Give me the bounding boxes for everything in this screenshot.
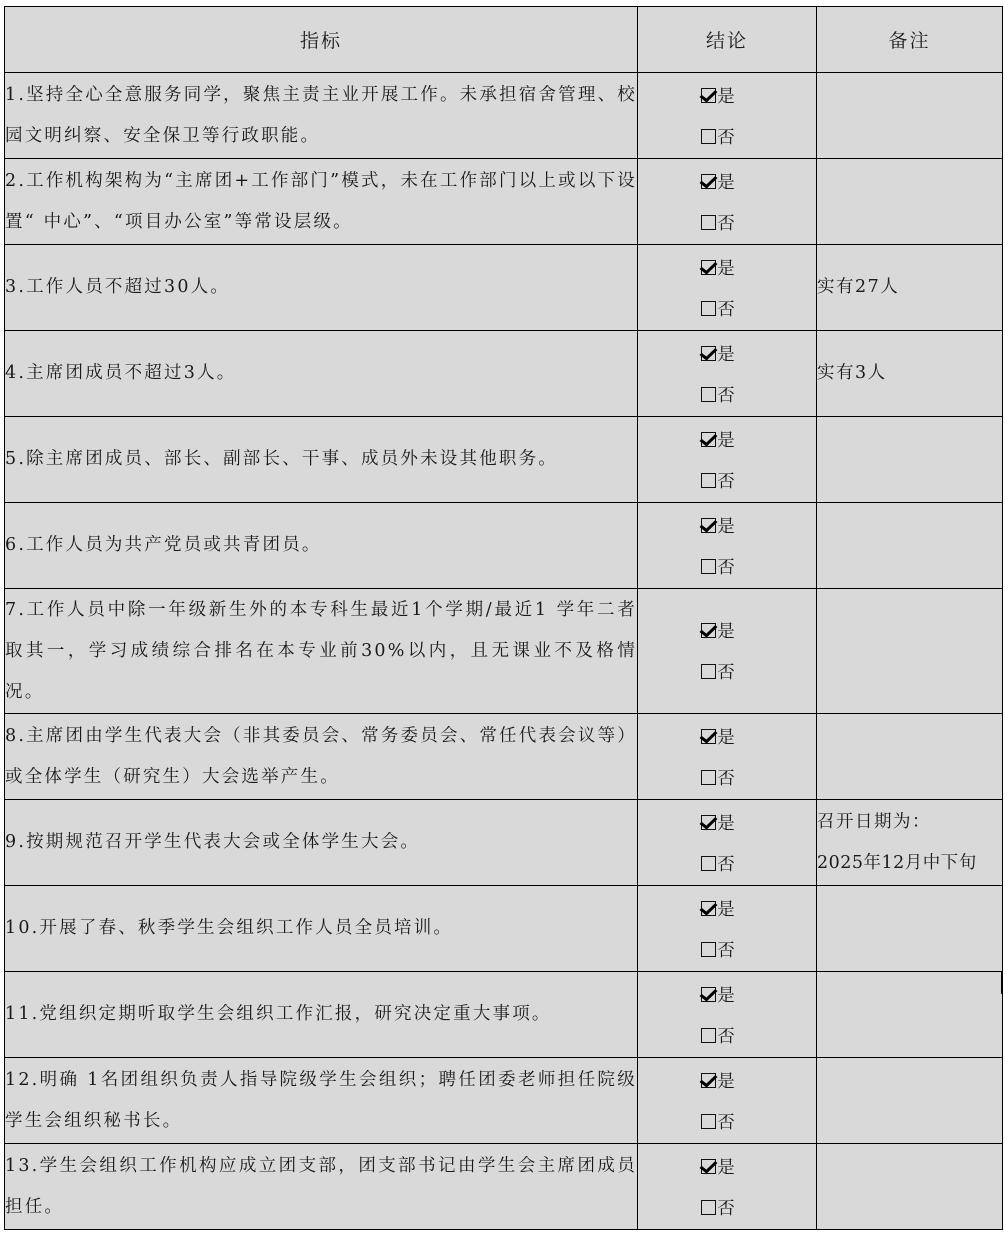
note-cell[interactable]: 实有3人 bbox=[817, 331, 1003, 417]
table-row: 2.工作机构架构为“主席团+工作部门”模式，未在工作部门以上或以下设置“ 中心”… bbox=[5, 159, 1003, 245]
checkbox-no-icon[interactable] bbox=[701, 664, 716, 679]
option-yes[interactable]: 是 bbox=[638, 505, 816, 546]
option-no-label: 否 bbox=[717, 554, 735, 579]
checkbox-no-icon[interactable] bbox=[701, 387, 716, 402]
indicator-cell: 3.工作人员不超过30人。 bbox=[5, 245, 638, 331]
checkbox-no-icon[interactable] bbox=[701, 129, 716, 144]
conclusion-cell: 是 否 bbox=[638, 417, 817, 503]
checkbox-yes-icon[interactable] bbox=[701, 174, 716, 189]
option-no[interactable]: 否 bbox=[638, 929, 816, 970]
option-no-label: 否 bbox=[717, 937, 735, 962]
indicator-cell: 7.工作人员中除一年级新生外的本专科生最近1个学期/最近1 学年二者取其一，学习… bbox=[5, 589, 638, 714]
table-row: 5.除主席团成员、部长、副部长、干事、成员外未设其他职务。 是 否 bbox=[5, 417, 1003, 503]
option-no-label: 否 bbox=[717, 851, 735, 876]
conclusion-cell: 是 否 bbox=[638, 159, 817, 245]
option-no[interactable]: 否 bbox=[638, 546, 816, 587]
note-cell[interactable] bbox=[817, 886, 1003, 972]
indicator-cell: 11.党组织定期听取学生会组织工作汇报，研究决定重大事项。 bbox=[5, 972, 638, 1058]
option-yes[interactable]: 是 bbox=[638, 419, 816, 460]
conclusion-cell: 是 否 bbox=[638, 331, 817, 417]
option-yes[interactable]: 是 bbox=[638, 333, 816, 374]
indicator-cell: 13.学生会组织工作机构应成立团支部，团支部书记由学生会主席团成员担任。 bbox=[5, 1144, 638, 1230]
option-no-label: 否 bbox=[717, 124, 735, 149]
option-yes[interactable]: 是 bbox=[638, 1060, 816, 1101]
option-no[interactable]: 否 bbox=[638, 1187, 816, 1228]
option-yes[interactable]: 是 bbox=[638, 974, 816, 1015]
option-yes[interactable]: 是 bbox=[638, 161, 816, 202]
checkbox-yes-icon[interactable] bbox=[701, 815, 716, 830]
option-yes-label: 是 bbox=[717, 513, 735, 538]
option-yes-label: 是 bbox=[717, 427, 735, 452]
option-no[interactable]: 否 bbox=[638, 288, 816, 329]
checkbox-no-icon[interactable] bbox=[701, 942, 716, 957]
note-cell[interactable] bbox=[817, 503, 1003, 589]
checkbox-yes-icon[interactable] bbox=[701, 1159, 716, 1174]
checkbox-no-icon[interactable] bbox=[701, 559, 716, 574]
checkbox-yes-icon[interactable] bbox=[701, 260, 716, 275]
note-text: 实有27人 bbox=[817, 277, 899, 297]
option-no[interactable]: 否 bbox=[638, 651, 816, 692]
checkbox-no-icon[interactable] bbox=[701, 301, 716, 316]
header-indicator: 指标 bbox=[5, 7, 638, 73]
table-row: 10.开展了春、秋季学生会组织工作人员全员培训。 是 否 bbox=[5, 886, 1003, 972]
conclusion-cell: 是 否 bbox=[638, 714, 817, 800]
indicator-cell: 6.工作人员为共产党员或共青团员。 bbox=[5, 503, 638, 589]
conclusion-cell: 是 否 bbox=[638, 589, 817, 714]
header-note: 备注 bbox=[817, 7, 1003, 73]
checkbox-yes-icon[interactable] bbox=[701, 518, 716, 533]
table-row: 3.工作人员不超过30人。 是 否 实有27人 bbox=[5, 245, 1003, 331]
note-cell[interactable] bbox=[817, 589, 1003, 714]
checkbox-yes-icon[interactable] bbox=[701, 729, 716, 744]
option-yes-label: 是 bbox=[717, 724, 735, 749]
table-row: 13.学生会组织工作机构应成立团支部，团支部书记由学生会主席团成员担任。 是 否 bbox=[5, 1144, 1003, 1230]
option-no-label: 否 bbox=[717, 1109, 735, 1134]
option-no[interactable]: 否 bbox=[638, 116, 816, 157]
conclusion-cell: 是 否 bbox=[638, 1058, 817, 1144]
indicator-cell: 12.明确 1名团组织负责人指导院级学生会组织；聘任团委老师担任院级学生会组织秘… bbox=[5, 1058, 638, 1144]
option-yes[interactable]: 是 bbox=[638, 716, 816, 757]
conclusion-cell: 是 否 bbox=[638, 245, 817, 331]
checkbox-yes-icon[interactable] bbox=[701, 88, 716, 103]
note-cell[interactable] bbox=[817, 972, 1003, 1058]
option-no[interactable]: 否 bbox=[638, 374, 816, 415]
checkbox-no-icon[interactable] bbox=[701, 473, 716, 488]
conclusion-cell: 是 否 bbox=[638, 73, 817, 159]
compliance-checklist-table: 指标 结论 备注 1.坚持全心全意服务同学，聚焦主责主业开展工作。未承担宿舍管理… bbox=[4, 6, 1003, 1230]
indicator-cell: 2.工作机构架构为“主席团+工作部门”模式，未在工作部门以上或以下设置“ 中心”… bbox=[5, 159, 638, 245]
indicator-cell: 1.坚持全心全意服务同学，聚焦主责主业开展工作。未承担宿舍管理、校园文明纠察、安… bbox=[5, 73, 638, 159]
indicator-cell: 9.按期规范召开学生代表大会或全体学生大会。 bbox=[5, 800, 638, 886]
checkbox-no-icon[interactable] bbox=[701, 770, 716, 785]
conclusion-cell: 是 否 bbox=[638, 503, 817, 589]
option-no-label: 否 bbox=[717, 210, 735, 235]
note-cell[interactable] bbox=[817, 714, 1003, 800]
table-row: 8.主席团由学生代表大会（非其委员会、常务委员会、常任代表会议等）或全体学生（研… bbox=[5, 714, 1003, 800]
table-row: 9.按期规范召开学生代表大会或全体学生大会。 是 否 召开日期为：2025年12… bbox=[5, 800, 1003, 886]
checkbox-yes-icon[interactable] bbox=[701, 432, 716, 447]
indicator-cell: 10.开展了春、秋季学生会组织工作人员全员培训。 bbox=[5, 886, 638, 972]
option-yes[interactable]: 是 bbox=[638, 610, 816, 651]
option-no[interactable]: 否 bbox=[638, 202, 816, 243]
checkbox-yes-icon[interactable] bbox=[701, 901, 716, 916]
note-cell[interactable] bbox=[817, 159, 1003, 245]
option-yes-label: 是 bbox=[717, 83, 735, 108]
option-yes-label: 是 bbox=[717, 896, 735, 921]
note-line: 召开日期为： bbox=[817, 802, 1002, 843]
option-no[interactable]: 否 bbox=[638, 1101, 816, 1142]
option-no[interactable]: 否 bbox=[638, 843, 816, 884]
option-yes[interactable]: 是 bbox=[638, 1146, 816, 1187]
checkbox-yes-icon[interactable] bbox=[701, 623, 716, 638]
option-no[interactable]: 否 bbox=[638, 757, 816, 798]
checkbox-no-icon[interactable] bbox=[701, 215, 716, 230]
checkbox-yes-icon[interactable] bbox=[701, 346, 716, 361]
header-conclusion: 结论 bbox=[638, 7, 817, 73]
table-row: 7.工作人员中除一年级新生外的本专科生最近1个学期/最近1 学年二者取其一，学习… bbox=[5, 589, 1003, 714]
header-row: 指标 结论 备注 bbox=[5, 7, 1003, 73]
checkbox-yes-icon[interactable] bbox=[701, 1073, 716, 1088]
option-yes-label: 是 bbox=[717, 1154, 735, 1179]
table-row: 11.党组织定期听取学生会组织工作汇报，研究决定重大事项。 是 否 bbox=[5, 972, 1003, 1058]
option-no-label: 否 bbox=[717, 382, 735, 407]
indicator-cell: 4.主席团成员不超过3人。 bbox=[5, 331, 638, 417]
option-yes[interactable]: 是 bbox=[638, 75, 816, 116]
checkbox-no-icon[interactable] bbox=[701, 1200, 716, 1215]
table-row: 4.主席团成员不超过3人。 是 否 实有3人 bbox=[5, 331, 1003, 417]
note-text: 实有3人 bbox=[817, 363, 887, 383]
option-yes[interactable]: 是 bbox=[638, 247, 816, 288]
option-yes-label: 是 bbox=[717, 341, 735, 366]
note-cell[interactable] bbox=[817, 73, 1003, 159]
checkbox-no-icon[interactable] bbox=[701, 856, 716, 871]
note-cell[interactable] bbox=[817, 1144, 1003, 1230]
conclusion-cell: 是 否 bbox=[638, 1144, 817, 1230]
option-yes-label: 是 bbox=[717, 982, 735, 1007]
option-yes-label: 是 bbox=[717, 618, 735, 643]
option-yes[interactable]: 是 bbox=[638, 888, 816, 929]
option-yes-label: 是 bbox=[717, 169, 735, 194]
option-no[interactable]: 否 bbox=[638, 1015, 816, 1056]
option-no[interactable]: 否 bbox=[638, 460, 816, 501]
option-no-label: 否 bbox=[717, 468, 735, 493]
checkbox-no-icon[interactable] bbox=[701, 1028, 716, 1043]
option-no-label: 否 bbox=[717, 659, 735, 684]
option-yes-label: 是 bbox=[717, 810, 735, 835]
option-no-label: 否 bbox=[717, 1023, 735, 1048]
option-no-label: 否 bbox=[717, 765, 735, 790]
checkbox-no-icon[interactable] bbox=[701, 1114, 716, 1129]
table-row: 6.工作人员为共产党员或共青团员。 是 否 bbox=[5, 503, 1003, 589]
indicator-cell: 8.主席团由学生代表大会（非其委员会、常务委员会、常任代表会议等）或全体学生（研… bbox=[5, 714, 638, 800]
note-cell[interactable]: 召开日期为：2025年12月中下旬 bbox=[817, 800, 1003, 886]
note-line: 2025年12月中下旬 bbox=[817, 843, 1002, 884]
option-yes-label: 是 bbox=[717, 1068, 735, 1093]
conclusion-cell: 是 否 bbox=[638, 800, 817, 886]
option-no-label: 否 bbox=[717, 1195, 735, 1220]
note-cell[interactable]: 实有27人 bbox=[817, 245, 1003, 331]
indicator-cell: 5.除主席团成员、部长、副部长、干事、成员外未设其他职务。 bbox=[5, 417, 638, 503]
conclusion-cell: 是 否 bbox=[638, 886, 817, 972]
option-no-label: 否 bbox=[717, 296, 735, 321]
table-row: 1.坚持全心全意服务同学，聚焦主责主业开展工作。未承担宿舍管理、校园文明纠察、安… bbox=[5, 73, 1003, 159]
option-yes-label: 是 bbox=[717, 255, 735, 280]
note-cell[interactable] bbox=[817, 417, 1003, 503]
option-yes[interactable]: 是 bbox=[638, 802, 816, 843]
text-cursor bbox=[1001, 972, 1003, 994]
note-cell[interactable] bbox=[817, 1058, 1003, 1144]
table-row: 12.明确 1名团组织负责人指导院级学生会组织；聘任团委老师担任院级学生会组织秘… bbox=[5, 1058, 1003, 1144]
conclusion-cell: 是 否 bbox=[638, 972, 817, 1058]
checkbox-yes-icon[interactable] bbox=[701, 987, 716, 1002]
